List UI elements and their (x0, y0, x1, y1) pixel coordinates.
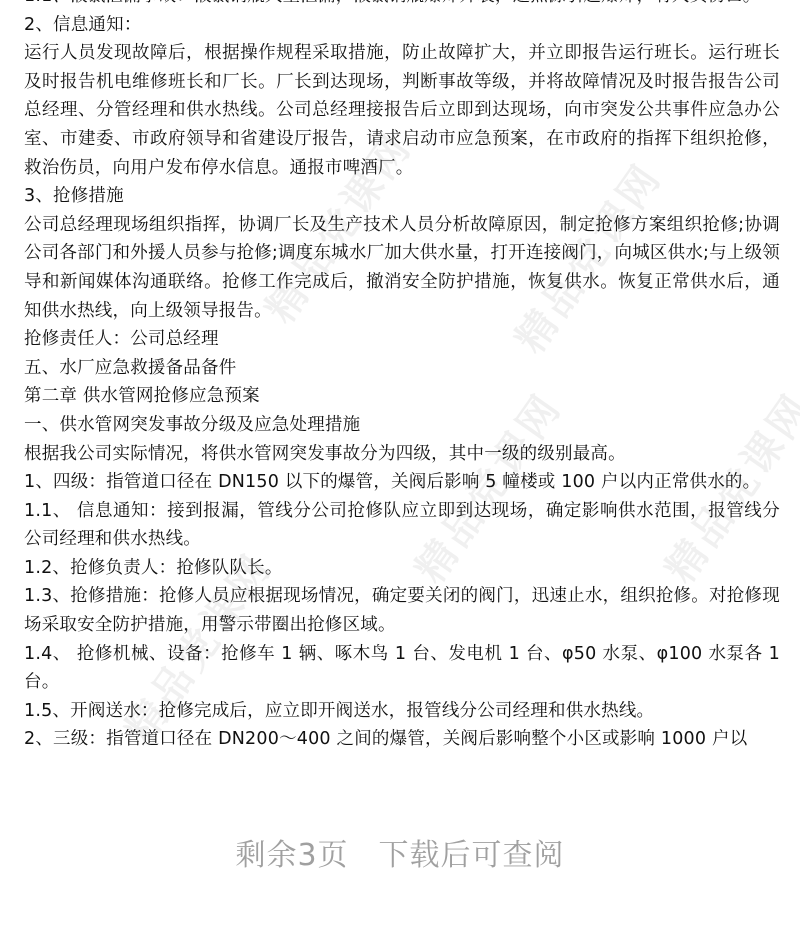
paragraph: 1.3、抢修措施：抢修人员应根据现场情况，确定要关闭的阀门，迅速止水，组织抢修。… (24, 582, 780, 639)
remaining-pages-label: 剩余3页 (235, 838, 348, 873)
paragraph: 运行人员发现故障后，根据操作规程采取措施，防止故障扩大，并立即报告运行班长。运行… (24, 39, 780, 182)
download-prompt[interactable]: 剩余3页下载后可查阅 (0, 830, 800, 874)
paragraph: 抢修责任人：公司总经理 (24, 325, 780, 354)
document-page: 精品党课网 精品党课网 精品党课网 精品党课网 精品党课网 1.1、液氯泄漏事故… (0, 0, 800, 930)
paragraph: 1.1、液氯泄漏事故：液氯钢瓶大量泄漏，液氯钢瓶爆炸开裂，遇热源引起爆炸，有人员… (24, 0, 780, 11)
paragraph: 根据我公司实际情况，将供水管网突发事故分为四级，其中一级的级别最高。 (24, 440, 780, 469)
paragraph: 1、四级：指管道口径在 DN150 以下的爆管，关阀后影响 5 幢楼或 100 … (24, 468, 780, 497)
section-heading: 3、抢修措施 (24, 182, 780, 211)
paragraph: 1.5、开阀送水：抢修完成后，应立即开阀送水，报管线分公司经理和供水热线。 (24, 697, 780, 726)
paragraph: 1.2、抢修负责人：抢修队队长。 (24, 554, 780, 583)
paragraph: 1.1、 信息通知：接到报漏，管线分公司抢修队应立即到达现场，确定影响供水范围，… (24, 497, 780, 554)
section-heading: 2、信息通知： (24, 11, 780, 40)
document-body: 1.1、液氯泄漏事故：液氯钢瓶大量泄漏，液氯钢瓶爆炸开裂，遇热源引起爆炸，有人员… (24, 0, 780, 754)
section-heading: 五、水厂应急救援备品备件 (24, 354, 780, 383)
chapter-heading: 第二章 供水管网抢修应急预案 (24, 382, 780, 411)
paragraph: 公司总经理现场组织指挥，协调厂长及生产技术人员分析故障原因，制定抢修方案组织抢修… (24, 211, 780, 325)
download-hint-label: 下载后可查阅 (379, 838, 565, 873)
paragraph: 2、三级：指管道口径在 DN200～400 之间的爆管，关阀后影响整个小区或影响… (24, 725, 780, 754)
section-heading: 一、供水管网突发事故分级及应急处理措施 (24, 411, 780, 440)
paragraph: 1.4、 抢修机械、设备：抢修车 1 辆、啄木鸟 1 台、发电机 1 台、φ50… (24, 640, 780, 697)
